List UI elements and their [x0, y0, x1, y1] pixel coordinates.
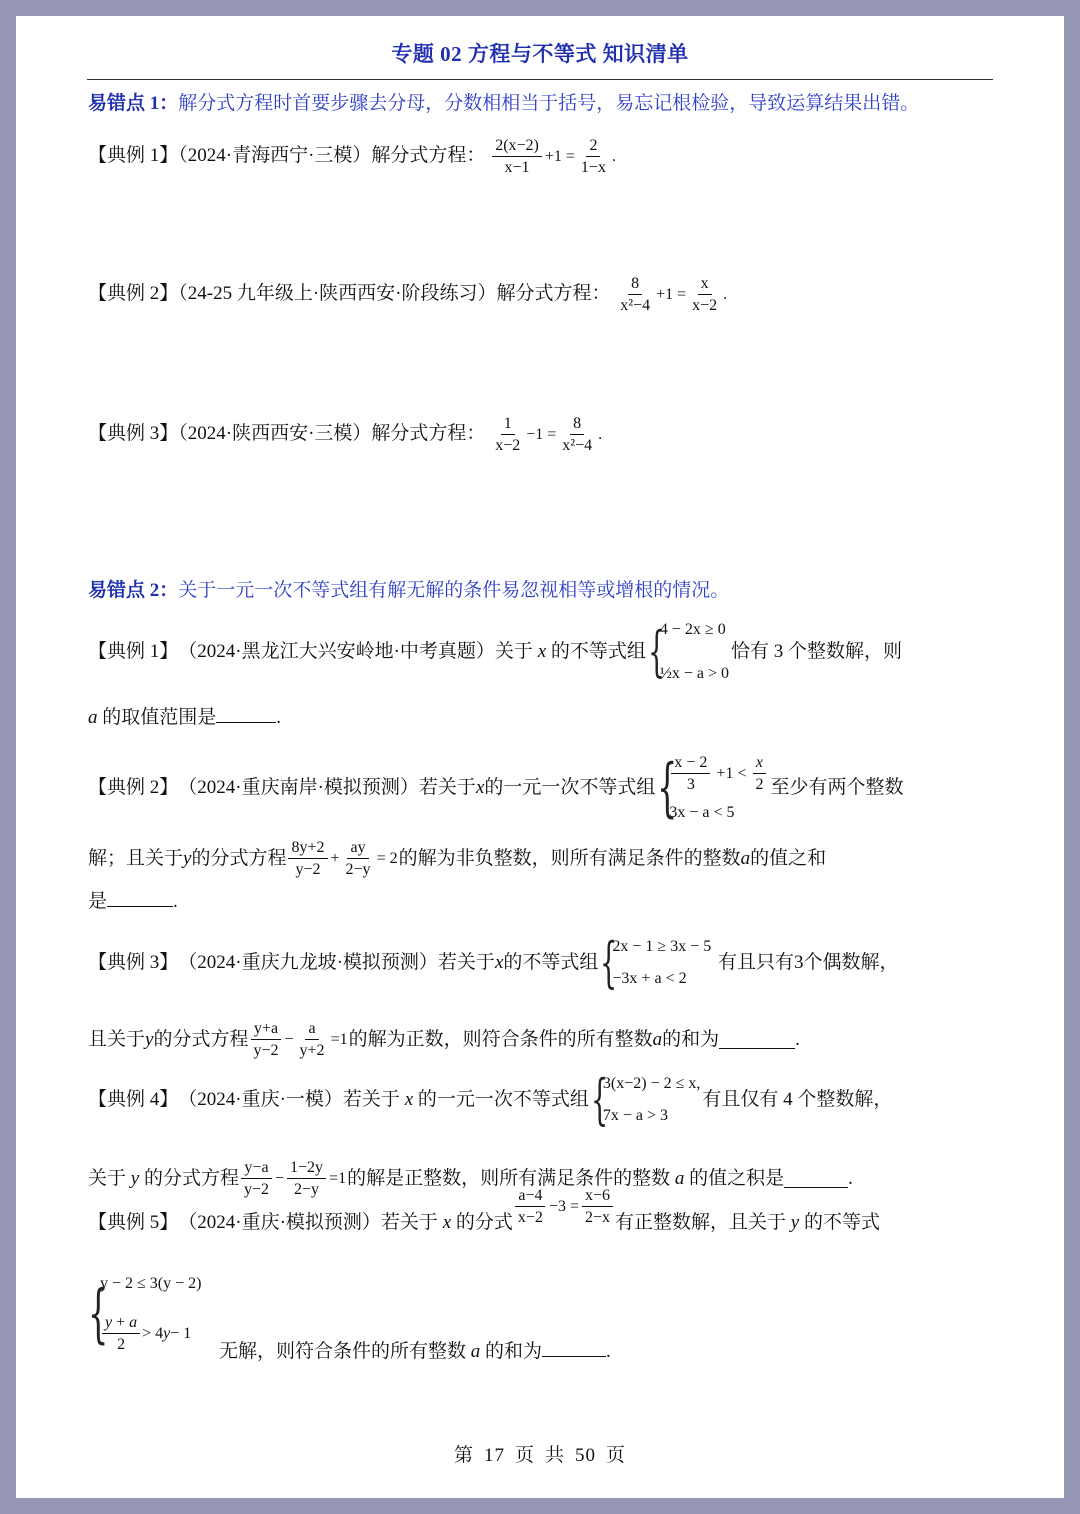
example-label: 【典例 4】 [88, 1088, 178, 1112]
pitfall-tag: 易错点 2： [88, 580, 178, 601]
inequality-system: {y − 2 ≤ 3(y − 2)y + a2> 4y − 1 [88, 1274, 201, 1354]
inequality-system: {x − 23 +1 < x23x − a < 5 [657, 753, 768, 823]
pitfall-text: 关于一元一次不等式组有解无解的条件易忽视相等或增根的情况。 [178, 580, 729, 601]
example-source: （2024·黑龙江大兴安岭地·中考真题） [178, 640, 495, 664]
s1-example-2: 【典例 2】（24-25 九年级上·陕西西安·阶段练习）解分式方程： 8x²−4… [88, 274, 728, 315]
s2-example-2-line2: 解；且关于y的分式方程 8y+2y−2+ay2−y= 2 的解为非负整数，则所有… [88, 838, 826, 879]
example-source: （2024·青海西宁·三模） [178, 145, 371, 166]
answer-blank[interactable] [542, 1338, 606, 1357]
example-source: （24-25 九年级上·陕西西安·阶段练习） [178, 283, 496, 304]
inequality-system: {2x − 1 ≥ 3x − 5−3x + a < 2 [600, 937, 711, 989]
example-source: （2024·重庆·模拟预测） [178, 1211, 381, 1235]
brace-icon: { [591, 1074, 597, 1126]
pitfall-text: 解分式方程时首要步骤去分母，分数相相当于括号，易忘记根检验，导致运算结果出错。 [178, 93, 919, 114]
inequality-system: {4 − 2x ≥ 0½x − a > 0 [648, 620, 729, 684]
example-label: 【典例 1】 [88, 145, 178, 166]
example-label: 【典例 2】 [88, 776, 178, 800]
answer-blank[interactable] [719, 1030, 795, 1049]
s2-example-5-line3: 无解，则符合条件的所有整数 a 的和为. [219, 1338, 611, 1364]
s2-example-4-line2: 关于 y 的分式方程 y−ay−2−1−2y2−y=1 的解是正整数，则所有满足… [88, 1158, 853, 1199]
s2-example-5-system: {y − 2 ≤ 3(y − 2)y + a2> 4y − 1 [86, 1274, 203, 1354]
brace-icon: { [657, 753, 663, 823]
example-label: 【典例 1】 [88, 640, 178, 664]
inequality-system: {3(x−2) − 2 ≤ x,7x − a > 3 [591, 1074, 700, 1126]
answer-blank[interactable] [107, 888, 173, 907]
fraction: 8x²−4 [559, 414, 595, 455]
example-label: 【典例 3】 [88, 951, 178, 975]
s2-example-3-line2: 且关于y的分式方程 y+ay−2−ay+2=1 的解为正数，则符合条件的所有整数… [88, 1019, 800, 1060]
pitfall-2-heading: 易错点 2：关于一元一次不等式组有解无解的条件易忽视相等或增根的情况。 [88, 579, 729, 603]
answer-blank[interactable] [216, 704, 276, 723]
fraction: 21−x [578, 136, 609, 177]
current-page: 17 [484, 1445, 505, 1466]
fraction: 1x−2 [492, 414, 523, 455]
s1-example-1: 【典例 1】（2024·青海西宁·三模）解分式方程： 2(x−2)x−1+1 =… [88, 136, 617, 177]
brace-icon: { [648, 620, 654, 684]
s2-example-2-line3: 是. [88, 888, 178, 914]
example-stem: 解分式方程： [371, 145, 485, 166]
s1-example-3: 【典例 3】（2024·陕西西安·三模）解分式方程： 1x−2−1 =8x²−4… [88, 414, 603, 455]
page-title: 专题 02 方程与不等式 知识清单 [16, 38, 1064, 68]
fraction: 2(x−2)x−1 [492, 136, 542, 177]
title-divider [87, 79, 993, 80]
s2-example-4: 【典例 4】（2024·重庆·一模）若关于 x 的一元一次不等式组 {3(x−2… [88, 1074, 892, 1126]
example-label: 【典例 3】 [88, 423, 178, 444]
example-source: （2024·重庆九龙坡·模拟预测） [178, 951, 438, 975]
example-label: 【典例 5】 [88, 1211, 178, 1235]
s2-example-1-line2: a 的取值范围是. [88, 704, 281, 730]
example-label: 【典例 2】 [88, 283, 178, 304]
pitfall-tag: 易错点 1： [88, 93, 178, 114]
example-stem: 解分式方程： [497, 283, 611, 304]
brace-icon: { [600, 937, 606, 989]
s2-example-3: 【典例 3】（2024·重庆九龙坡·模拟预测）若关于x的不等式组 {2x − 1… [88, 937, 898, 989]
answer-blank[interactable] [784, 1169, 848, 1188]
fraction: xx−2 [689, 274, 720, 315]
fraction: 8x²−4 [617, 274, 653, 315]
example-source: （2024·重庆·一模） [178, 1088, 343, 1112]
s2-example-2: 【典例 2】（2024·重庆南岸·模拟预测）若关于x的一元一次不等式组 {x −… [88, 753, 903, 823]
s2-example-1: 【典例 1】（2024·黑龙江大兴安岭地·中考真题）关于 x 的不等式组 {4 … [88, 620, 902, 684]
example-stem: 解分式方程： [371, 423, 485, 444]
total-pages: 50 [575, 1445, 596, 1466]
document-page: 专题 02 方程与不等式 知识清单 易错点 1：解分式方程时首要步骤去分母，分数… [16, 16, 1064, 1498]
page-footer: 第17页共50页 [16, 1440, 1064, 1467]
pitfall-1-heading: 易错点 1：解分式方程时首要步骤去分母，分数相相当于括号，易忘记根检验，导致运算… [88, 92, 919, 116]
example-source: （2024·陕西西安·三模） [178, 423, 371, 444]
s2-example-5: 【典例 5】（2024·重庆·模拟预测）若关于 x 的分式 a−4x−2−3 =… [88, 1202, 880, 1243]
example-source: （2024·重庆南岸·模拟预测） [178, 776, 419, 800]
brace-icon: { [88, 1274, 94, 1354]
